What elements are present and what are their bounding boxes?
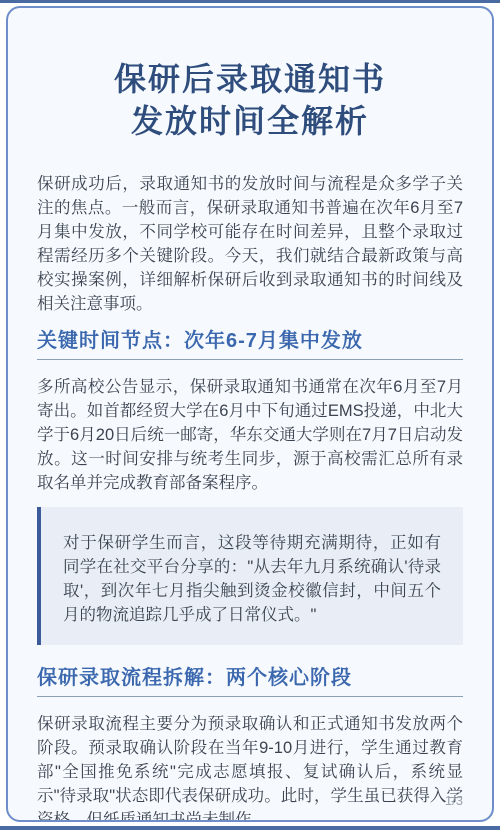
page-indicator: 1/3 [445,793,463,808]
section2-heading: 保研录取流程拆解：两个核心阶段 [37,665,463,697]
title-line-1: 保研后录取通知书 [37,58,463,100]
section1-paragraph: 多所高校公告显示，保研录取通知书通常在次年6月至7月寄出。如首都经贸大学在6月中… [37,375,463,495]
page-bottom-edge-line [0,826,500,830]
title-line-2: 发放时间全解析 [37,100,463,142]
intro-paragraph: 保研成功后，录取通知书的发放时间与流程是众多学子关注的焦点。一般而言，保研录取通… [37,172,463,316]
page-top-edge-line [0,0,500,3]
article-card: 保研后录取通知书 发放时间全解析 保研成功后，录取通知书的发放时间与流程是众多学… [6,6,494,822]
section1-heading: 关键时间节点：次年6-7月集中发放 [37,328,463,360]
article-title: 保研后录取通知书 发放时间全解析 [37,58,463,142]
section2-paragraph: 保研录取流程主要分为预录取确认和正式通知书发放两个阶段。预录取确认阶段在当年9-… [37,712,463,822]
quote-text: 对于保研学生而言，这段等待期充满期待，正如有同学在社交平台分享的："从去年九月系… [63,531,441,627]
quote-block: 对于保研学生而言，这段等待期充满期待，正如有同学在社交平台分享的："从去年九月系… [37,507,463,645]
